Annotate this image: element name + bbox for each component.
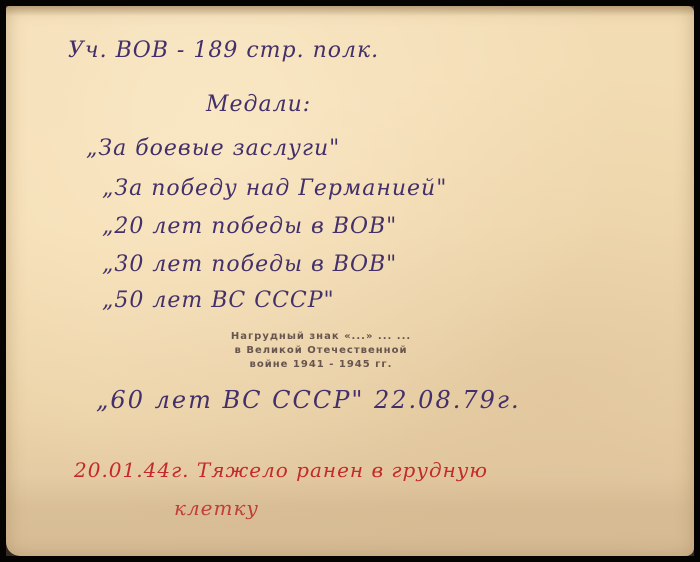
wound-note-line-1: 20.01.44г. Тяжело ранен в грудную: [74, 458, 488, 482]
wound-note-line-2: клетку: [174, 496, 259, 520]
medal-item: „50 лет ВС СССР": [102, 288, 335, 313]
archival-card: Уч. ВОВ - 189 стр. полк. Медали: „За бое…: [6, 6, 694, 556]
printed-stamp: Нагрудный знак «...» ... ... в Великой О…: [176, 330, 466, 372]
medal-item: „20 лет победы в ВОВ": [102, 214, 397, 239]
stamp-line: в Великой Отечественной: [176, 344, 466, 358]
stamp-line: войне 1941 - 1945 гг.: [176, 358, 466, 372]
medal-item: „За победу над Германией": [102, 176, 447, 201]
medals-heading: Медали:: [206, 92, 311, 117]
anniversary-entry: „60 лет ВС СССР" 22.08.79г.: [96, 386, 521, 414]
header-line: Уч. ВОВ - 189 стр. полк.: [68, 38, 379, 63]
stamp-line: Нагрудный знак «...» ... ...: [176, 330, 466, 344]
medal-item: „За боевые заслуги": [86, 136, 340, 161]
medal-item: „30 лет победы в ВОВ": [102, 252, 397, 277]
